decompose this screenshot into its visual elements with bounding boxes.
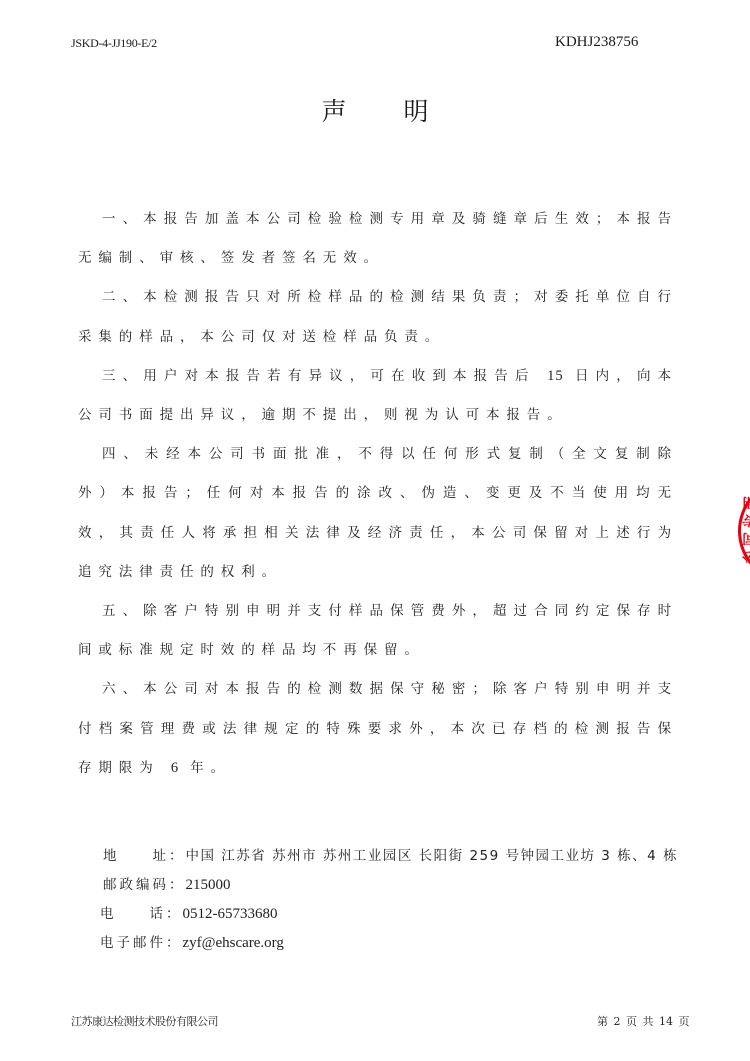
statement-4: 四、未经本公司书面批准，不得以任何形式复制（全文复制除外）本报告；任何对本报告的…	[78, 435, 678, 592]
address-row: 地 址：中国 江苏省 苏州市 苏州工业园区 长阳街 259 号钟园工业坊 3 栋…	[103, 842, 678, 871]
email-label: 电子邮件：	[100, 929, 183, 958]
seal-text: 公司专用	[741, 492, 750, 564]
phone-label: 电 话：	[100, 900, 183, 929]
postcode-value: 215000	[186, 877, 231, 893]
address-value: 中国 江苏省 苏州市 苏州工业园区 长阳街 259 号钟园工业坊 3 栋、4 栋	[186, 848, 679, 864]
page-title: 声明	[0, 92, 750, 128]
page-indicator: 第 2 页 共 14 页	[597, 1013, 689, 1029]
statement-2: 二、本检测报告只对所检样品的检测结果负责；对委托单位自行采集的样品，本公司仅对送…	[78, 278, 678, 356]
statement-1: 一、本报告加盖本公司检验检测专用章及骑缝章后生效；本报告无编制、审核、签发者签名…	[78, 200, 678, 278]
statement-6-text-a: 六、本公司对本报告的检测数据保守秘密；除客户特别申明并支付档案管理费或法律规定的…	[78, 681, 678, 775]
statement-6: 六、本公司对本报告的检测数据保守秘密；除客户特别申明并支付档案管理费或法律规定的…	[78, 670, 678, 788]
report-number: KDHJ238756	[555, 34, 638, 51]
email-row: 电子邮件：zyf@ehscare.org	[100, 929, 678, 958]
statement-5: 五、除客户特别申明并支付样品保管费外，超过合同约定保存时间或标准规定时效的样品均…	[78, 592, 678, 670]
phone-value: 0512-65733680	[183, 906, 278, 922]
statement-body: 一、本报告加盖本公司检验检测专用章及骑缝章后生效；本报告无编制、审核、签发者签名…	[78, 200, 678, 788]
form-code: JSKD-4-JJ190-E/2	[71, 36, 157, 51]
phone-row: 电 话：0512-65733680	[100, 900, 678, 929]
postcode-row: 邮政编码：215000	[103, 871, 678, 900]
statement-3-text-a: 三、用户对本报告若有异议，可在收到本报告后	[102, 368, 536, 384]
title-char-1: 声	[321, 92, 346, 128]
statement-6-years: 6	[171, 760, 179, 776]
email-value: zyf@ehscare.org	[183, 935, 284, 951]
statement-3-days: 15	[547, 368, 564, 384]
address-label: 地 址：	[103, 842, 186, 871]
statement-6-text-b: 年。	[190, 760, 231, 776]
contact-info: 地 址：中国 江苏省 苏州市 苏州工业园区 长阳街 259 号钟园工业坊 3 栋…	[100, 842, 678, 958]
footer-company: 江苏康达检测技术股份有限公司	[71, 1013, 218, 1029]
statement-3: 三、用户对本报告若有异议，可在收到本报告后 15 日内，向本公司书面提出异议，逾…	[78, 357, 678, 435]
title-char-2: 明	[404, 92, 429, 128]
postcode-label: 邮政编码：	[103, 871, 186, 900]
